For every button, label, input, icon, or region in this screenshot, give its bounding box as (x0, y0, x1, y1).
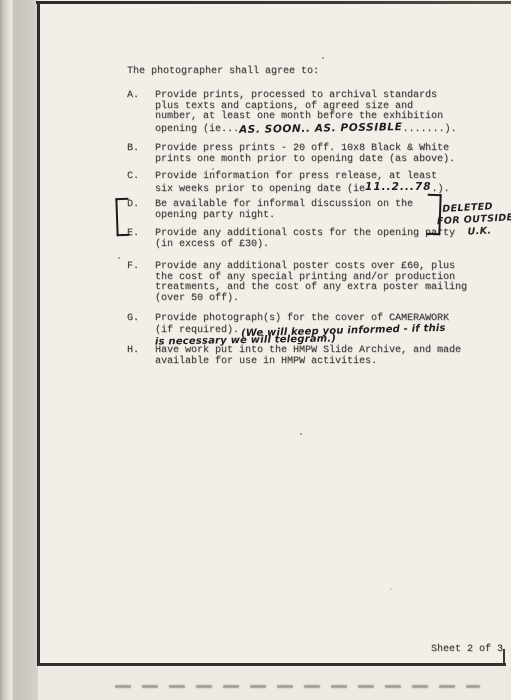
scan-smudge-line (115, 685, 480, 688)
clause-f-line: (over 50 off). (155, 294, 467, 305)
clause-c-label: C. (127, 172, 155, 195)
clause-h: H. Have work put into the HMPW Slide Arc… (127, 346, 461, 367)
clause-e: E. Provide any additional costs for the … (127, 229, 455, 250)
handdrawn-right-bracket (426, 194, 441, 235)
scan-speck (300, 433, 302, 435)
clause-a-line: opening (ie...AS. SOON.. AS. POSSIBLE...… (155, 123, 456, 136)
clause-a: A. Provide prints, processed to archival… (127, 91, 456, 136)
clause-g-label: G. (127, 314, 155, 348)
clause-h-label: H. (127, 346, 155, 367)
handwritten-as-soon-as-possible: AS. SOON.. AS. POSSIBLE (239, 122, 403, 136)
handwritten-deleted-note: DELETED FOR OUTSIDE U.K. (442, 200, 511, 240)
clause-d-line: opening party night. (155, 211, 413, 222)
handwritten-date: 11..2...78 (365, 182, 431, 193)
scan-speck (322, 57, 324, 59)
clause-d-label: D. (127, 200, 155, 221)
sheet-number: Sheet 2 of 3 (431, 645, 503, 656)
scan-left-edge (0, 0, 38, 700)
clause-c-line: six weeks prior to opening date (ie11..2… (155, 183, 450, 196)
handdrawn-left-bracket (115, 198, 129, 236)
clause-h-line: available for use in HMPW activities. (155, 357, 461, 368)
clause-e-line: (in excess of £30). (155, 240, 455, 251)
clause-e-label: E. (127, 229, 155, 250)
clause-a-line: number, at least one month before the ex… (155, 112, 456, 123)
clause-b-label: B. (127, 144, 155, 165)
scan-speck (118, 257, 120, 259)
scan-bottom-strip (38, 667, 511, 700)
deleted-note-line: U.K. (467, 224, 511, 238)
clause-b: B. Provide press prints - 20 off. 10x8 B… (127, 144, 455, 165)
clause-c: C. Provide information for press release… (127, 172, 450, 195)
clause-d: D. Be available for informal discussion … (127, 200, 413, 221)
clause-a-label: A. (127, 91, 155, 136)
clause-f: F. Provide any additional poster costs o… (127, 262, 467, 305)
scan-speck (212, 168, 214, 170)
photocopy-frame-top (36, 1, 511, 4)
photocopy-frame-left (37, 1, 40, 666)
scan-speck (390, 588, 392, 590)
photocopy-frame-right-tick (503, 649, 505, 665)
clause-f-label: F. (127, 262, 155, 305)
document-title: The photographer shall agree to: (127, 67, 319, 78)
clause-g: G. Provide photograph(s) for the cover o… (127, 314, 449, 348)
photocopy-frame-bottom (38, 663, 506, 666)
clause-b-line: prints one month prior to opening date (… (155, 155, 455, 166)
